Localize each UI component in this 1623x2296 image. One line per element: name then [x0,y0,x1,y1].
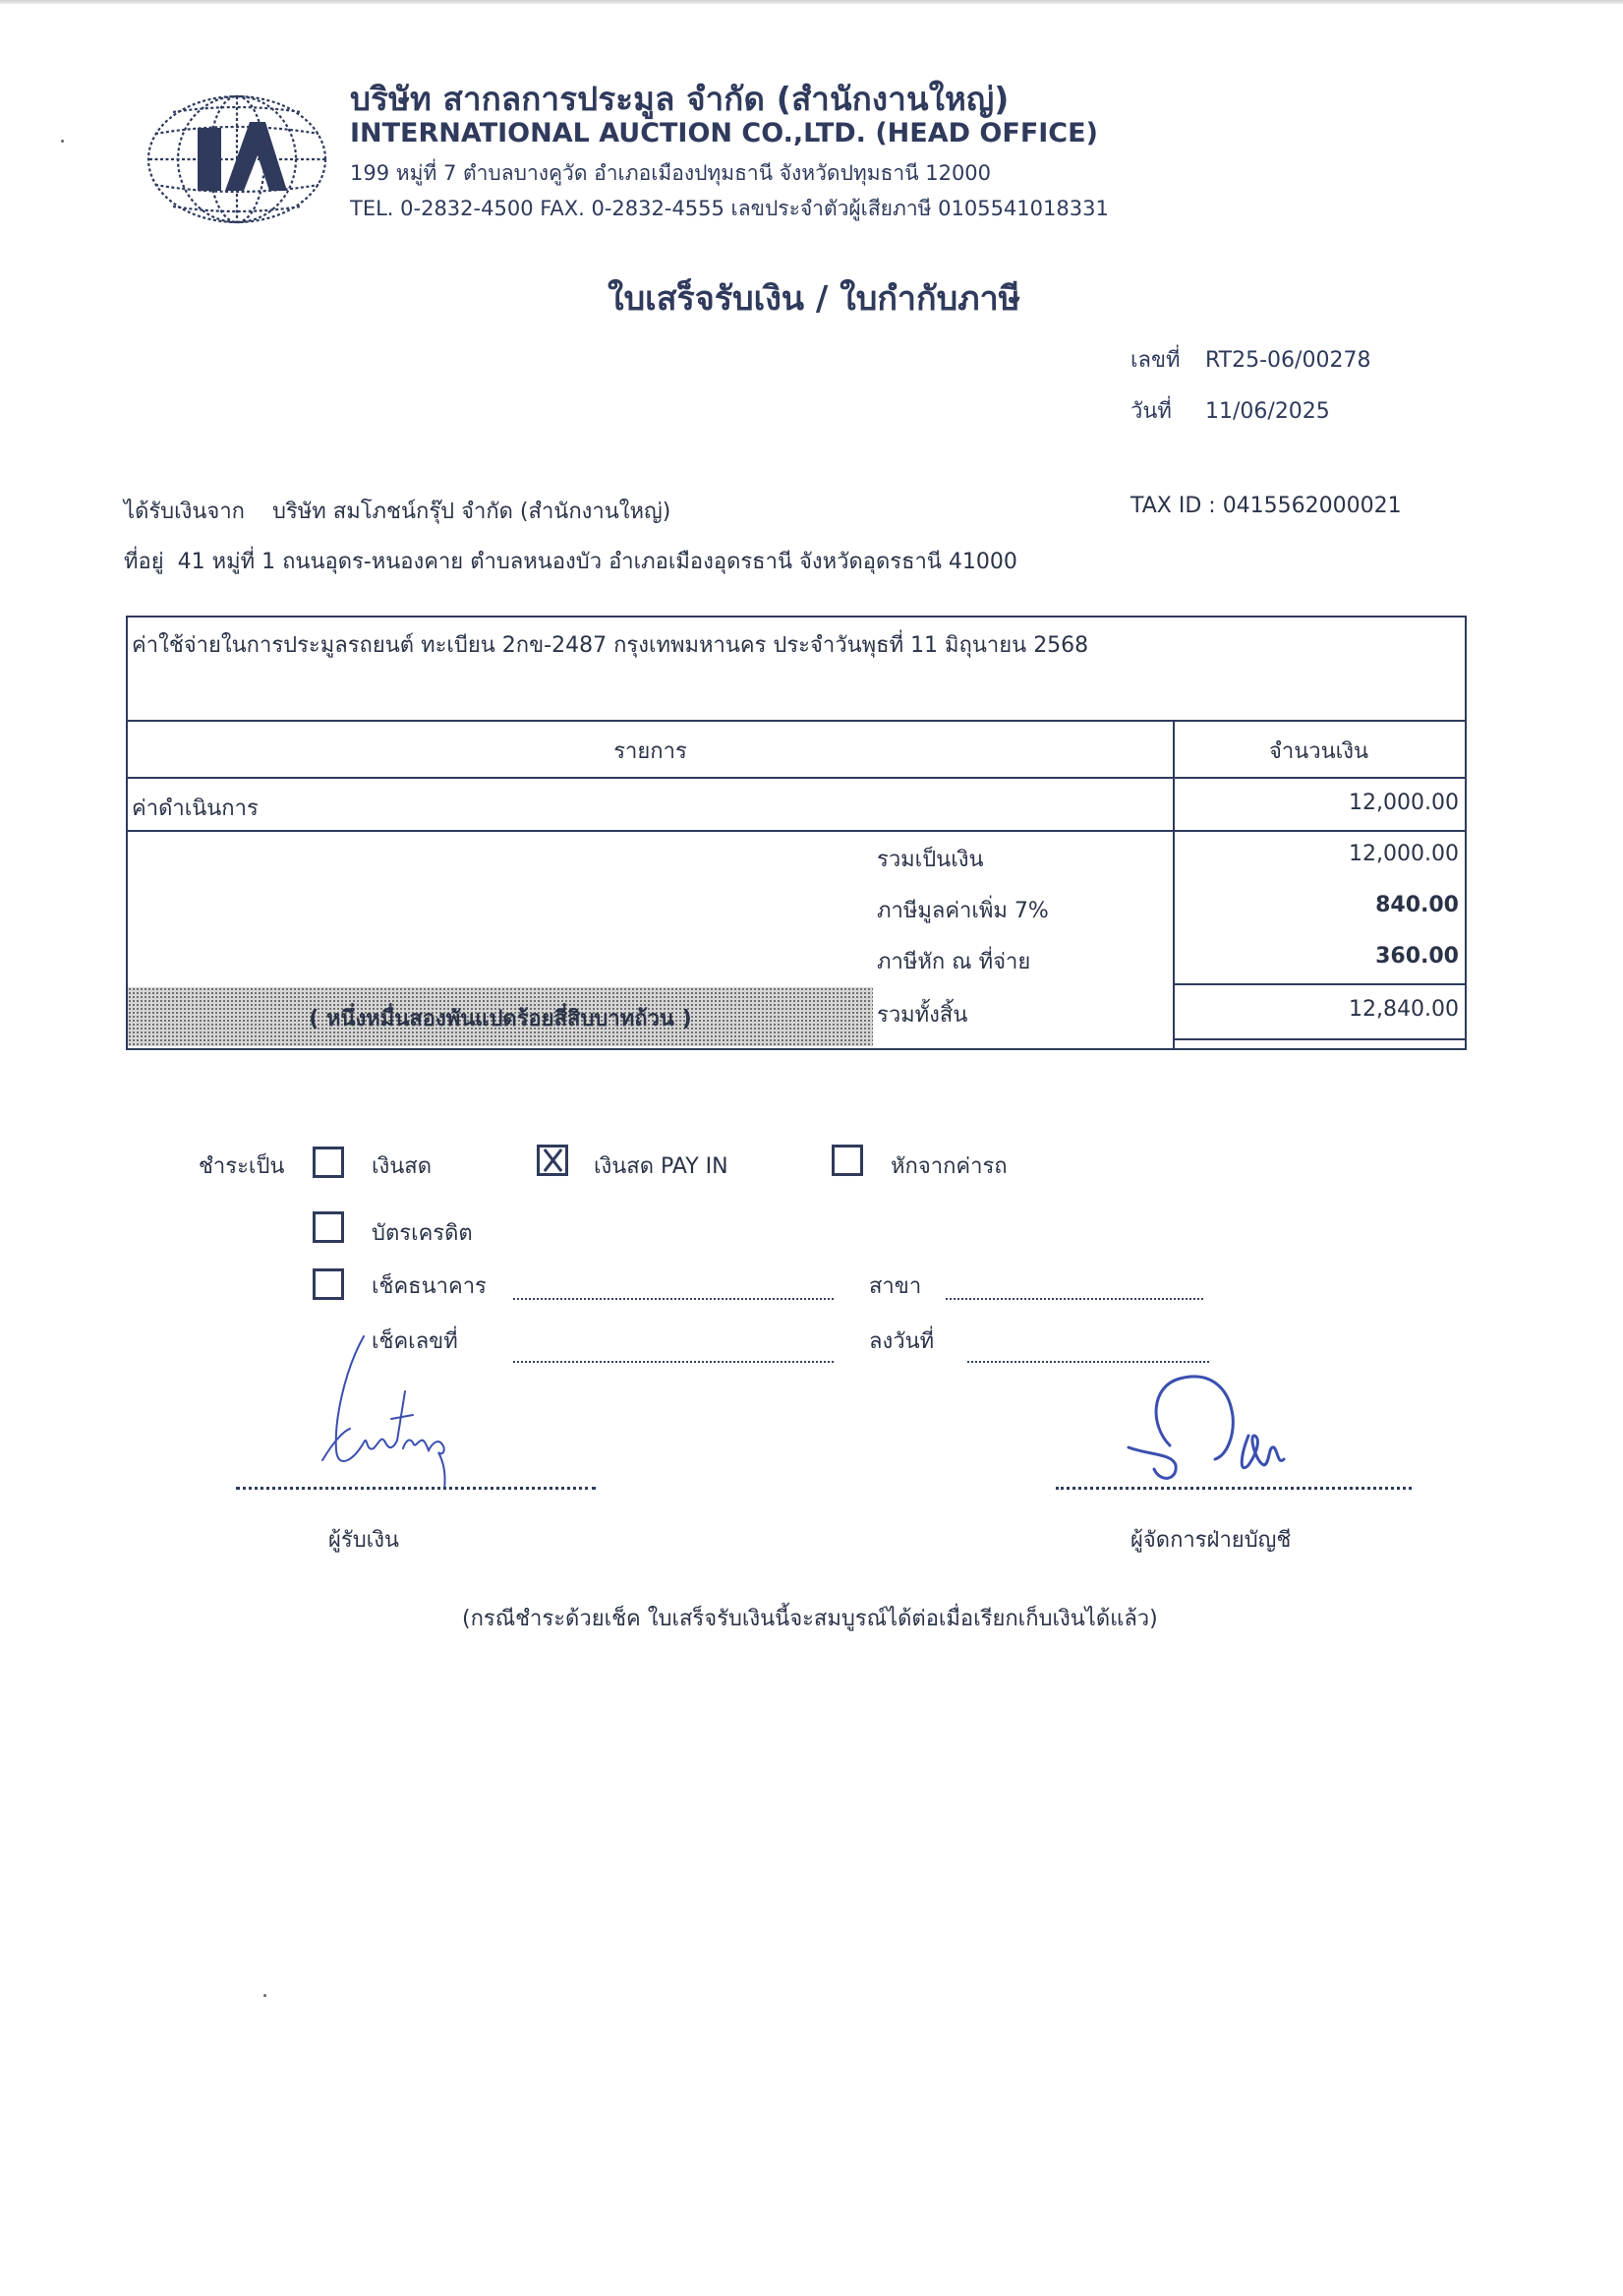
checkbox-bank-cheque-label: เช็คธนาคาร [372,1268,487,1303]
column-divider [1173,720,1175,1048]
receiver-signature [295,1332,511,1490]
scan-speck [61,140,64,143]
cheque-date-label: ลงวันที่ [869,1324,934,1358]
amount-in-words: ( หนึ่งหมื่นสองพันแปดร้อยสี่สิบบาทถ้วน ) [128,1001,873,1035]
tax-id-label: TAX ID : [1130,494,1216,518]
withholding-amount: 360.00 [1375,944,1459,969]
document-number-label: เลขที่ [1130,342,1205,377]
payment-label: ชำระเป็น [199,1148,284,1183]
footer-note: (กรณีชำระด้วยเช็ค ใบเสร็จรับเงินนี้จะสมบ… [462,1601,1158,1635]
divider [1173,1038,1465,1040]
received-from-label: ได้รับเงินจาก [124,500,245,524]
checkbox-cash-pay-in[interactable] [537,1145,568,1176]
branch-label: สาขา [869,1268,921,1303]
received-from: ได้รับเงินจากบริษัท สมโภชน์กรุ๊ป จำกัด (… [124,494,670,528]
scan-speck [263,1994,266,1997]
address-value: 41 หมู่ที่ 1 ถนนอุดร-หนองคาย ตำบลหนองบัว… [178,550,1017,574]
divider [1173,983,1465,985]
document-title: ใบเสร็จรับเงิน / ใบกำกับภาษี [608,271,1020,324]
bank-name-field[interactable] [513,1298,834,1300]
checkbox-credit-card-label: บัตรเครดิต [372,1215,473,1250]
divider [128,777,1465,779]
scan-edge [0,0,1623,4]
table-description: ค่าใช้จ่ายในการประมูลรถยนต์ ทะเบียน 2กข-… [132,627,1088,662]
withholding-label: ภาษีหัก ณ ที่จ่าย [877,944,1030,978]
vat-label: ภาษีมูลค่าเพิ่ม 7% [877,893,1049,927]
tax-id-value: 0415562000021 [1223,494,1402,518]
checkbox-deduct-from-car-label: หักจากค่ารถ [891,1148,1008,1183]
header-amount: จำนวนเงิน [1173,734,1465,768]
document-date: วันที่11/06/2025 [1130,393,1330,428]
receiver-signature-line [236,1487,596,1490]
branch-field[interactable] [946,1298,1203,1300]
amount-in-words-box: ( หนึ่งหมื่นสองพันแปดร้อยสี่สิบบาทถ้วน ) [128,987,873,1046]
checkbox-credit-card[interactable] [313,1211,344,1243]
globe-logo-icon [144,90,330,228]
manager-role: ผู้จัดการฝ่ายบัญชี [1130,1522,1291,1557]
item-name: ค่าดำเนินการ [132,791,259,825]
divider [128,720,1465,722]
subtotal-label: รวมเป็นเงิน [877,842,984,876]
subtotal-amount: 12,000.00 [1349,842,1459,866]
document-number-value: RT25-06/00278 [1205,348,1370,373]
cheque-date-field[interactable] [967,1361,1209,1363]
checkbox-cash-label: เงินสด [372,1148,432,1183]
document-date-value: 11/06/2025 [1205,399,1330,424]
checkbox-cash[interactable] [313,1147,344,1178]
customer-address: ที่อยู่ 41 หมู่ที่ 1 ถนนอุดร-หนองคาย ตำบ… [124,544,1017,578]
company-name-english: INTERNATIONAL AUCTION CO.,LTD. (HEAD OFF… [350,118,1098,148]
receipt-table: ค่าใช้จ่ายในการประมูลรถยนต์ ทะเบียน 2กข-… [126,616,1467,1050]
checkbox-cash-pay-in-label: เงินสด PAY IN [594,1148,728,1183]
divider [128,830,1465,832]
receiver-role: ผู้รับเงิน [328,1522,399,1557]
document-number: เลขที่RT25-06/00278 [1130,342,1370,377]
document-date-label: วันที่ [1130,393,1205,428]
header-item: รายการ [128,734,1173,768]
customer-tax-id: TAX ID : 0415562000021 [1130,494,1402,518]
company-contact: TEL. 0-2832-4500 FAX. 0-2832-4555 เลขประ… [350,193,1109,225]
total-amount: 12,840.00 [1349,997,1459,1022]
checkbox-deduct-from-car[interactable] [832,1145,863,1176]
manager-signature-line [1056,1487,1412,1490]
company-address: 199 หมู่ที่ 7 ตำบลบางคูวัด อำเภอเมืองปทุ… [350,157,991,190]
item-amount: 12,000.00 [1349,791,1459,815]
manager-signature [1111,1367,1347,1495]
customer-name: บริษัท สมโภชน์กรุ๊ป จำกัด (สำนักงานใหญ่) [272,500,670,524]
address-label: ที่อยู่ [124,550,164,574]
checkbox-bank-cheque[interactable] [313,1268,344,1300]
vat-amount: 840.00 [1375,893,1459,917]
cheque-number-field[interactable] [513,1361,834,1363]
total-label: รวมทั้งสิ้น [877,997,967,1031]
